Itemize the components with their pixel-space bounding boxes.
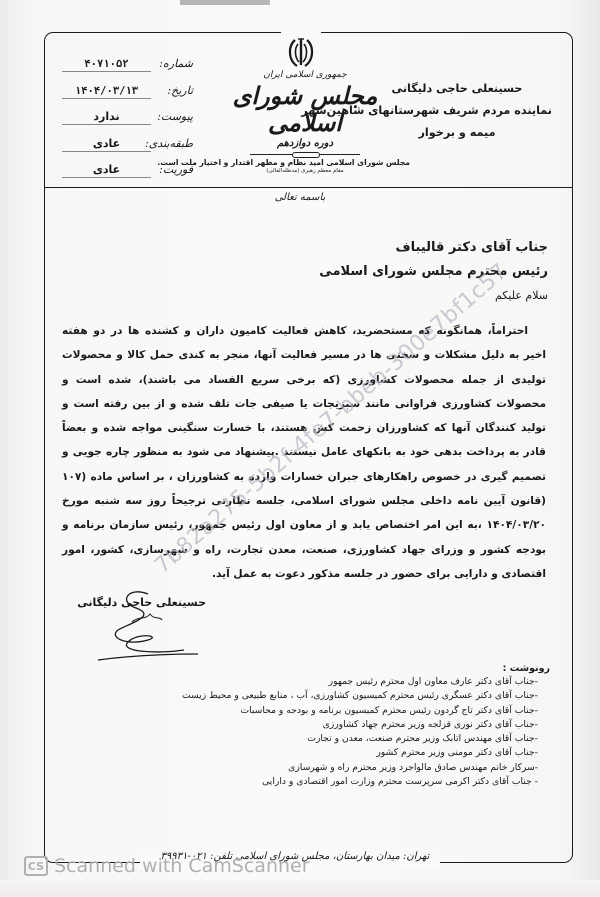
scanned-page: شماره: ۴۰۷۱۰۵۲ تاریخ: ۱۴۰۴/۰۳/۱۳ پیوست: …: [0, 0, 600, 897]
meta-attachment-row: پیوست: ندارد: [58, 110, 193, 137]
sender-region: میمه و برخوار: [362, 122, 552, 144]
motto: مجلس شورای اسلامی امید نظام و مظهر اقتدا…: [200, 158, 410, 167]
letter-classification: عادی: [62, 137, 151, 152]
meta-label: پیوست:: [151, 110, 193, 123]
letter-meta-fields: شماره: ۴۰۷۱۰۵۲ تاریخ: ۱۴۰۴/۰۳/۱۳ پیوست: …: [58, 57, 193, 190]
meta-number-row: شماره: ۴۰۷۱۰۵۲: [58, 57, 193, 84]
letter-number: ۴۰۷۱۰۵۲: [62, 58, 151, 72]
addressee-name: جناب آقای دکتر قالیباف: [148, 236, 548, 260]
scan-edge-artifact: [180, 0, 270, 5]
motto-source: مقام معظم رهبری (مدظله‌العالی): [200, 168, 410, 174]
cc-item: -جناب آقای دکتر نوری قزلجه وزیر محترم جه…: [190, 718, 550, 732]
cc-item: -جناب آقای دکتر تاج گردون رئیس محترم کمی…: [190, 704, 550, 718]
iran-emblem-icon: [286, 36, 316, 70]
sender-block: حسینعلی حاجی دلیگانی نماینده مردم شریف ش…: [362, 78, 552, 144]
basmala: باسمه تعالی: [270, 192, 330, 203]
meta-label: تاریخ:: [151, 84, 193, 97]
scan-bottom-edge: [0, 880, 600, 897]
cc-item: - جناب آقای دکتر اکرمی سرپرست محترم وزار…: [190, 775, 550, 789]
cc-item: -جناب آقای دکتر مومنی وزیر محترم کشور: [190, 746, 550, 760]
handwritten-signature-icon: [88, 584, 208, 664]
camscanner-badge: CS Scanned with CamScanner: [24, 855, 310, 877]
cc-item: -جناب آقای مهندس اتابک وزیر محترم صنعت، …: [190, 732, 550, 746]
camscanner-logo-icon: CS: [24, 856, 48, 876]
cc-item: -سرکار خانم مهندس صادق مالواجرد وزیر محت…: [190, 761, 550, 775]
letter-date: ۱۴۰۴/۰۳/۱۳: [62, 85, 151, 99]
letter-attachment: ندارد: [62, 110, 151, 125]
cc-title: رونوشت :: [190, 663, 550, 674]
meta-label: طبقه‌بندی:: [151, 137, 193, 150]
cc-item: -جناب آقای دکتر عارف معاون اول محترم رئی…: [190, 675, 550, 689]
signature-block: حسینعلی حاجی دلیگانی: [96, 596, 206, 609]
cc-list: رونوشت : -جناب آقای دکتر عارف معاون اول …: [190, 663, 550, 789]
ornament-divider: [250, 154, 360, 155]
letter-urgency: عادی: [62, 163, 151, 178]
camscanner-text: Scanned with CamScanner: [54, 855, 310, 877]
sender-title: نماینده مردم شریف شهرستانهای شاهین‌شهر: [362, 100, 552, 122]
meta-label: شماره:: [151, 57, 193, 70]
meta-date-row: تاریخ: ۱۴۰۴/۰۳/۱۳: [58, 84, 193, 111]
cc-item: -جناب آقای دکتر عسگری رئیس محترم کمیسیون…: [190, 689, 550, 703]
sender-name: حسینعلی حاجی دلیگانی: [362, 78, 552, 100]
